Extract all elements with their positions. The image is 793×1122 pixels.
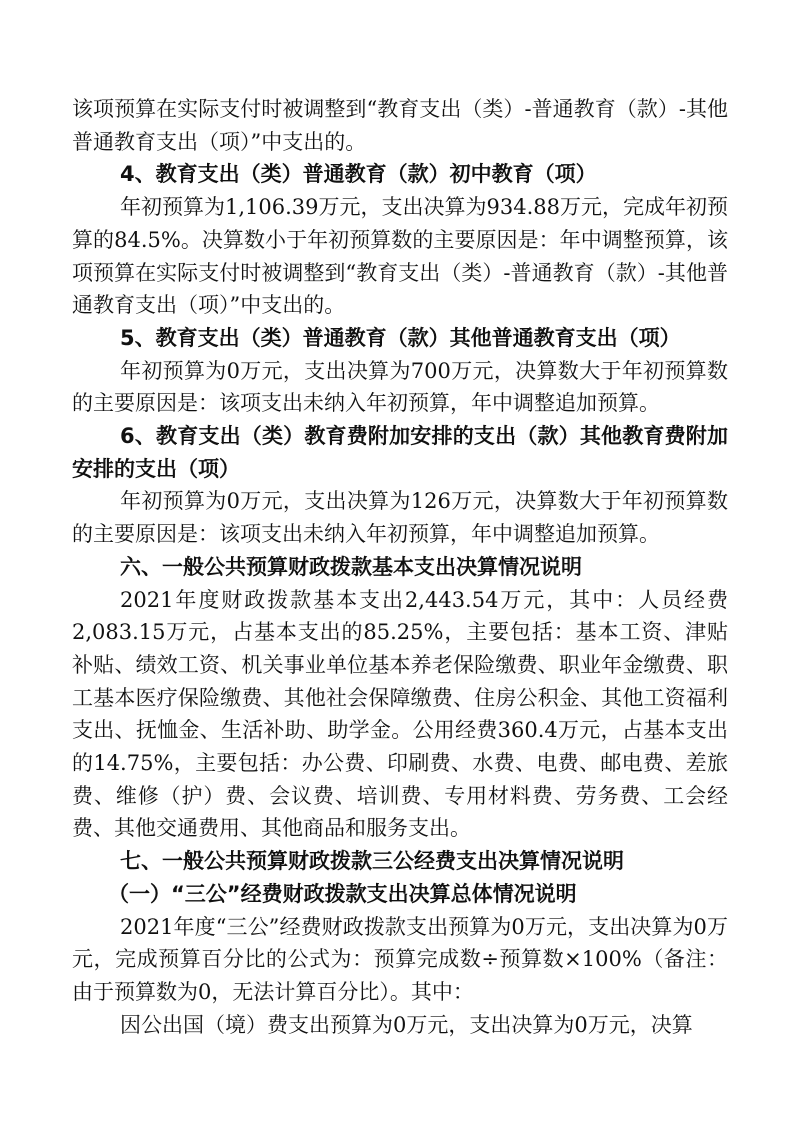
paragraph-item-5: 年初预算为0万元，支出决算为700万元，决算数大于年初预算数的主要原因是：该项支… — [72, 355, 728, 420]
paragraph-three-public-overview: 2021年度“三公”经费财政拨款支出预算为0万元，支出决算为0万元，完成预算百分… — [72, 911, 728, 1009]
paragraph-continuation: 该项预算在实际支付时被调整到“教育支出（类）-普通教育（款）-其他普通教育支出（… — [72, 93, 728, 158]
document-page: 该项预算在实际支付时被调整到“教育支出（类）-普通教育（款）-其他普通教育支出（… — [72, 93, 728, 1041]
paragraph-item-6: 年初预算为0万元，支出决算为126万元，决算数大于年初预算数的主要原因是：该项支… — [72, 485, 728, 550]
paragraph-item-4: 年初预算为1,106.39万元，支出决算为934.88万元，完成年初预算的84.… — [72, 191, 728, 322]
paragraph-overseas-travel: 因公出国（境）费支出预算为0万元，支出决算为0万元，决算 — [72, 1009, 728, 1042]
heading-item-5-other-general-education: 5、教育支出（类）普通教育（款）其他普通教育支出（项） — [72, 322, 728, 355]
paragraph-basic-expenditure: 2021年度财政拨款基本支出2,443.54万元，其中：人员经费2,083.15… — [72, 584, 728, 846]
heading-item-6-education-surcharge: 6、教育支出（类）教育费附加安排的支出（款）其他教育费附加安排的支出（项） — [72, 420, 728, 485]
heading-section-7-three-public-expenses: 七、一般公共预算财政拨款三公经费支出决算情况说明 — [72, 845, 728, 878]
subheading-three-public-overview: （一）“三公”经费财政拨款支出决算总体情况说明 — [72, 878, 728, 911]
heading-section-6-basic-expenditure: 六、一般公共预算财政拨款基本支出决算情况说明 — [72, 551, 728, 584]
heading-item-4-junior-high-education: 4、教育支出（类）普通教育（款）初中教育（项） — [72, 158, 728, 191]
